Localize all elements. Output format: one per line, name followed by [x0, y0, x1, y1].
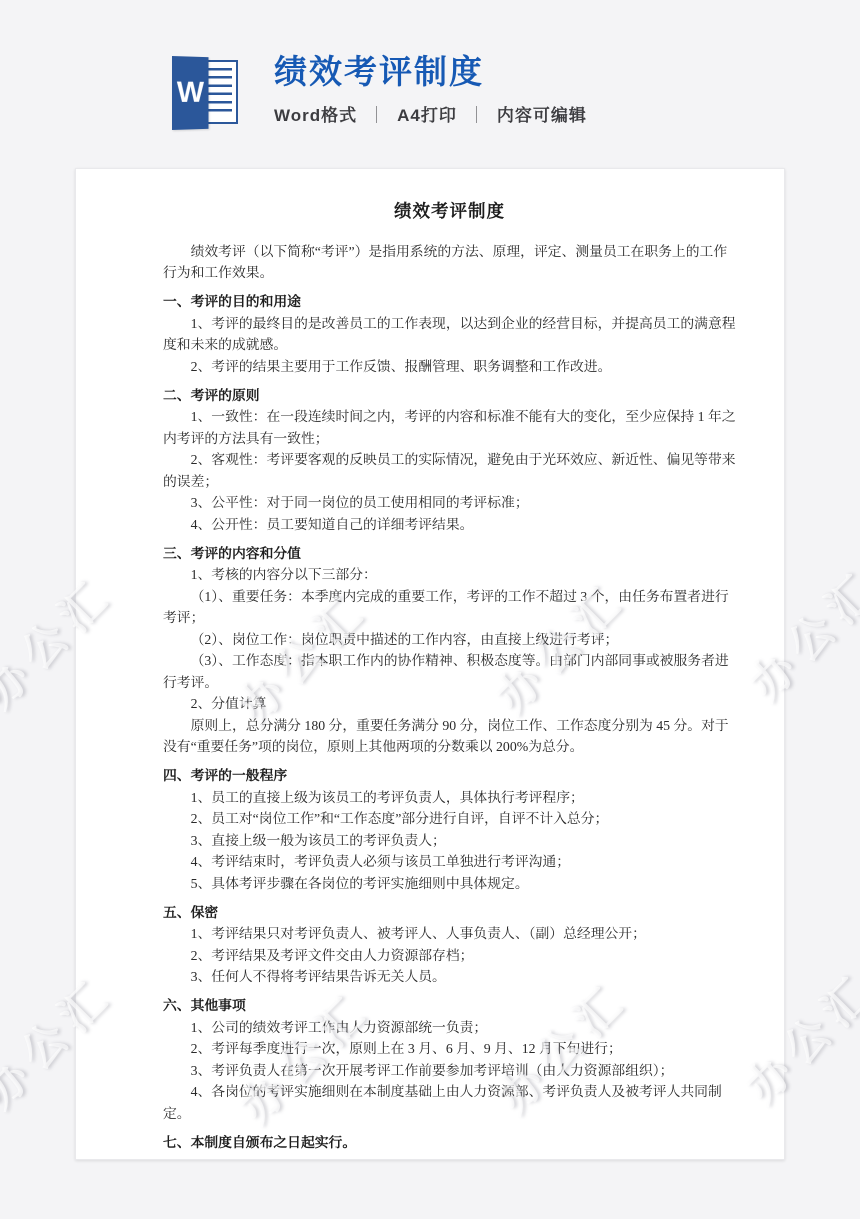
- intro-paragraph: 绩效考评（以下简称“考评”）是指用系统的方法、原理，评定、测量员工在职务上的工作…: [163, 241, 736, 284]
- section-item: 2、员工对“岗位工作”和“工作态度”部分进行自评，自评不计入总分；: [163, 808, 736, 830]
- section-item: 1、公司的绩效考评工作由人力资源部统一负责；: [163, 1017, 736, 1039]
- section-heading: 二、考评的原则: [163, 385, 736, 407]
- section-item: 2、分值计算: [163, 693, 736, 715]
- section-heading: 一、考评的目的和用途: [163, 291, 736, 313]
- section-heading: 六、其他事项: [163, 995, 736, 1017]
- document-title: 绩效考评制度: [163, 201, 736, 223]
- section-principles: 二、考评的原则 1、一致性：在一段连续时间之内，考评的内容和标准不能有大的变化，…: [163, 385, 736, 536]
- section-item: 3、公平性：对于同一岗位的员工使用相同的考评标准；: [163, 492, 736, 514]
- section-item: 4、公开性：员工要知道自己的详细考评结果。: [163, 514, 736, 536]
- section-item: 3、考评负责人在第一次开展考评工作前要参加考评培训（由人力资源部组织）；: [163, 1060, 736, 1082]
- section-confidentiality: 五、保密 1、考评结果只对考评负责人、被考评人、人事负责人、（副）总经理公开； …: [163, 902, 736, 988]
- section-item: （3）、工作态度：指本职工作内的协作精神、积极态度等。由部门内部同事或被服务者进…: [163, 650, 736, 693]
- section-item: 1、考核的内容分以下三部分：: [163, 564, 736, 586]
- section-item: 3、任何人不得将考评结果告诉无关人员。: [163, 966, 736, 988]
- section-content-scores: 三、考评的内容和分值 1、考核的内容分以下三部分： （1）、重要任务：本季度内完…: [163, 543, 736, 758]
- section-item: 2、考评每季度进行一次，原则上在 3 月、6 月、9 月、12 月下旬进行；: [163, 1038, 736, 1060]
- section-heading: 三、考评的内容和分值: [163, 543, 736, 565]
- section-item: 1、考评结果只对考评负责人、被考评人、人事负责人、（副）总经理公开；: [163, 923, 736, 945]
- section-item: 1、员工的直接上级为该员工的考评负责人，具体执行考评程序；: [163, 787, 736, 809]
- page-header: W 绩效考评制度 Word格式｜A4打印｜内容可编辑: [0, 0, 860, 168]
- subtitle-a4-print: A4打印: [397, 106, 457, 125]
- section-procedure: 四、考评的一般程序 1、员工的直接上级为该员工的考评负责人，具体执行考评程序； …: [163, 765, 736, 894]
- section-item: 5、具体考评步骤在各岗位的考评实施细则中具体规定。: [163, 873, 736, 895]
- section-item: 原则上，总分满分 180 分，重要任务满分 90 分，岗位工作、工作态度分别为 …: [163, 715, 736, 758]
- header-subtitle: Word格式｜A4打印｜内容可编辑: [274, 101, 587, 126]
- section-item: 1、一致性：在一段连续时间之内，考评的内容和标准不能有大的变化，至少应保持 1 …: [163, 406, 736, 449]
- subtitle-word-format: Word格式: [274, 106, 357, 125]
- section-heading: 四、考评的一般程序: [163, 765, 736, 787]
- section-purpose: 一、考评的目的和用途 1、考评的最终目的是改善员工的工作表现，以达到企业的经营目…: [163, 291, 736, 377]
- section-item: 2、客观性：考评要客观的反映员工的实际情况，避免由于光环效应、新近性、偏见等带来…: [163, 449, 736, 492]
- section-heading: 七、本制度自颁布之日起实行。: [163, 1132, 736, 1154]
- section-heading: 五、保密: [163, 902, 736, 924]
- section-effective-date: 七、本制度自颁布之日起实行。: [163, 1132, 736, 1154]
- document-page: 绩效考评制度 绩效考评（以下简称“考评”）是指用系统的方法、原理，评定、测量员工…: [75, 168, 785, 1160]
- subtitle-separator: ｜: [368, 106, 386, 125]
- section-item: 3、直接上级一般为该员工的考评负责人；: [163, 830, 736, 852]
- page-title: 绩效考评制度: [274, 52, 587, 92]
- word-icon-front: W: [172, 56, 209, 130]
- section-item: 4、考评结束时，考评负责人必须与该员工单独进行考评沟通；: [163, 851, 736, 873]
- subtitle-editable: 内容可编辑: [497, 106, 587, 125]
- section-item: 4、各岗位的考评实施细则在本制度基础上由人力资源部、考评负责人及被考评人共同制定…: [163, 1081, 736, 1124]
- word-icon-page-lines: [205, 68, 232, 117]
- subtitle-separator: ｜: [468, 106, 486, 125]
- section-item: （1）、重要任务：本季度内完成的重要工作，考评的工作不超过 3 个，由任务布置者…: [163, 586, 736, 629]
- section-item: （2）、岗位工作：岗位职责中描述的工作内容，由直接上级进行考评；: [163, 629, 736, 651]
- word-file-icon: W: [172, 56, 240, 130]
- section-item: 1、考评的最终目的是改善员工的工作表现，以达到企业的经营目标，并提高员工的满意程…: [163, 313, 736, 356]
- header-text-block: 绩效考评制度 Word格式｜A4打印｜内容可编辑: [274, 52, 587, 126]
- section-item: 2、考评的结果主要用于工作反馈、报酬管理、职务调整和工作改进。: [163, 356, 736, 378]
- section-other: 六、其他事项 1、公司的绩效考评工作由人力资源部统一负责； 2、考评每季度进行一…: [163, 995, 736, 1124]
- word-icon-letter: W: [177, 78, 204, 108]
- section-item: 2、考评结果及考评文件交由人力资源部存档；: [163, 945, 736, 967]
